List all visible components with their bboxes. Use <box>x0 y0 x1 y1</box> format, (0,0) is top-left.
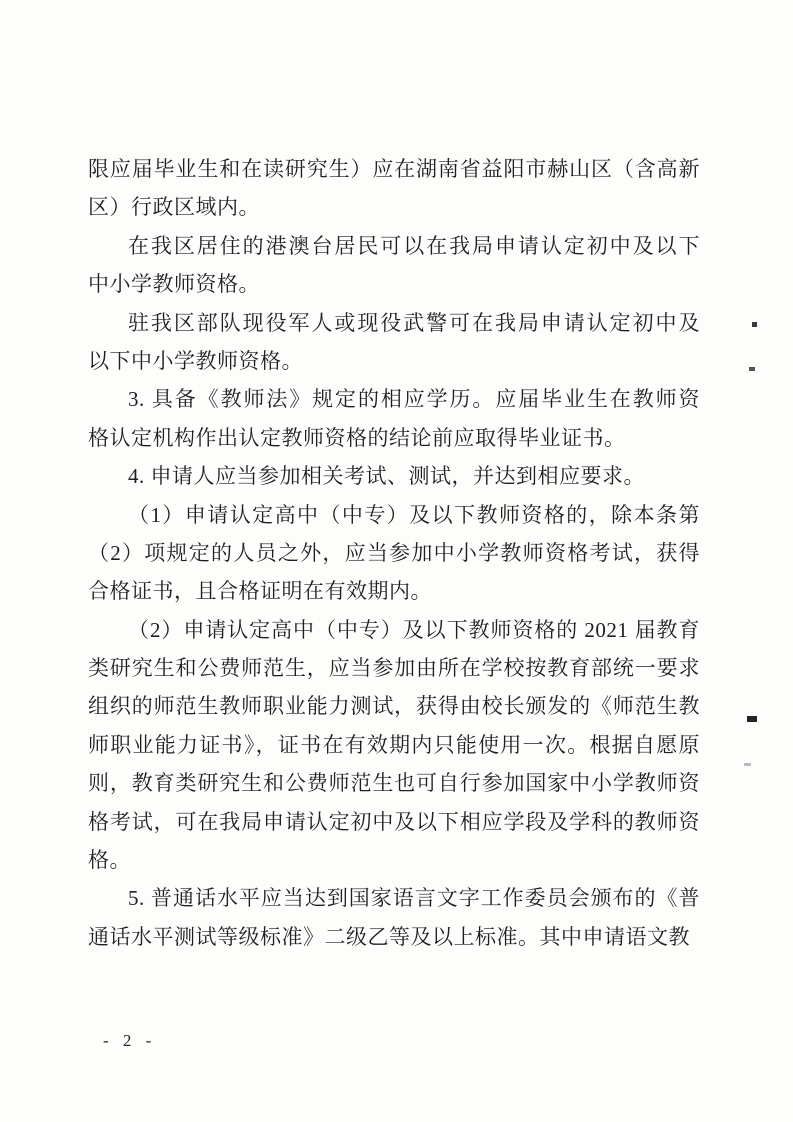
scan-artifact <box>744 763 751 766</box>
text-line: 中小学教师资格。 <box>88 265 700 303</box>
text-line: 4. 申请人应当参加相关考试、测试，并达到相应要求。 <box>88 457 700 495</box>
document-page: 限应届毕业生和在读研究生）应在湖南省益阳市赫山区（含高新区）行政区域内。在我区居… <box>0 0 793 1122</box>
text-line: （2）项规定的人员之外，应当参加中小学教师资格考试，获得 <box>88 534 700 572</box>
text-line: 限应届毕业生和在读研究生）应在湖南省益阳市赫山区（含高新 <box>88 150 700 188</box>
text-line: 在我区居住的港澳台居民可以在我局申请认定初中及以下 <box>88 227 700 265</box>
text-line: 以下中小学教师资格。 <box>88 342 700 380</box>
text-line: 区）行政区域内。 <box>88 188 700 226</box>
text-line: 格认定机构作出认定教师资格的结论前应取得毕业证书。 <box>88 419 700 457</box>
scan-artifact <box>749 367 755 371</box>
text-line: 类研究生和公费师范生，应当参加由所在学校按教育部统一要求 <box>88 649 700 687</box>
text-line: 格。 <box>88 841 700 879</box>
scan-artifact <box>752 322 757 327</box>
text-line: 则，教育类研究生和公费师范生也可自行参加国家中小学教师资 <box>88 764 700 802</box>
text-line: 5. 普通话水平应当达到国家语言文字工作委员会颁布的《普 <box>88 879 700 917</box>
scan-artifact <box>747 716 757 722</box>
text-line: 组织的师范生教师职业能力测试，获得由校长颁发的《师范生教 <box>88 687 700 725</box>
text-line: 格考试，可在我局申请认定初中及以下相应学段及学科的教师资 <box>88 803 700 841</box>
text-line: 驻我区部队现役军人或现役武警可在我局申请认定初中及 <box>88 304 700 342</box>
text-line: 合格证书，且合格证明在有效期内。 <box>88 572 700 610</box>
text-line: 3. 具备《教师法》规定的相应学历。应届毕业生在教师资 <box>88 380 700 418</box>
text-line: 通话水平测试等级标准》二级乙等及以上标准。其中申请语文教 <box>88 918 700 956</box>
text-line: （2）申请认定高中（中专）及以下教师资格的 2021 届教育 <box>88 611 700 649</box>
text-line: 师职业能力证书》，证书在有效期内只能使用一次。根据自愿原 <box>88 726 700 764</box>
document-body: 限应届毕业生和在读研究生）应在湖南省益阳市赫山区（含高新区）行政区域内。在我区居… <box>88 150 700 956</box>
page-number: - 2 - <box>103 1031 156 1051</box>
text-line: （1）申请认定高中（中专）及以下教师资格的，除本条第 <box>88 496 700 534</box>
